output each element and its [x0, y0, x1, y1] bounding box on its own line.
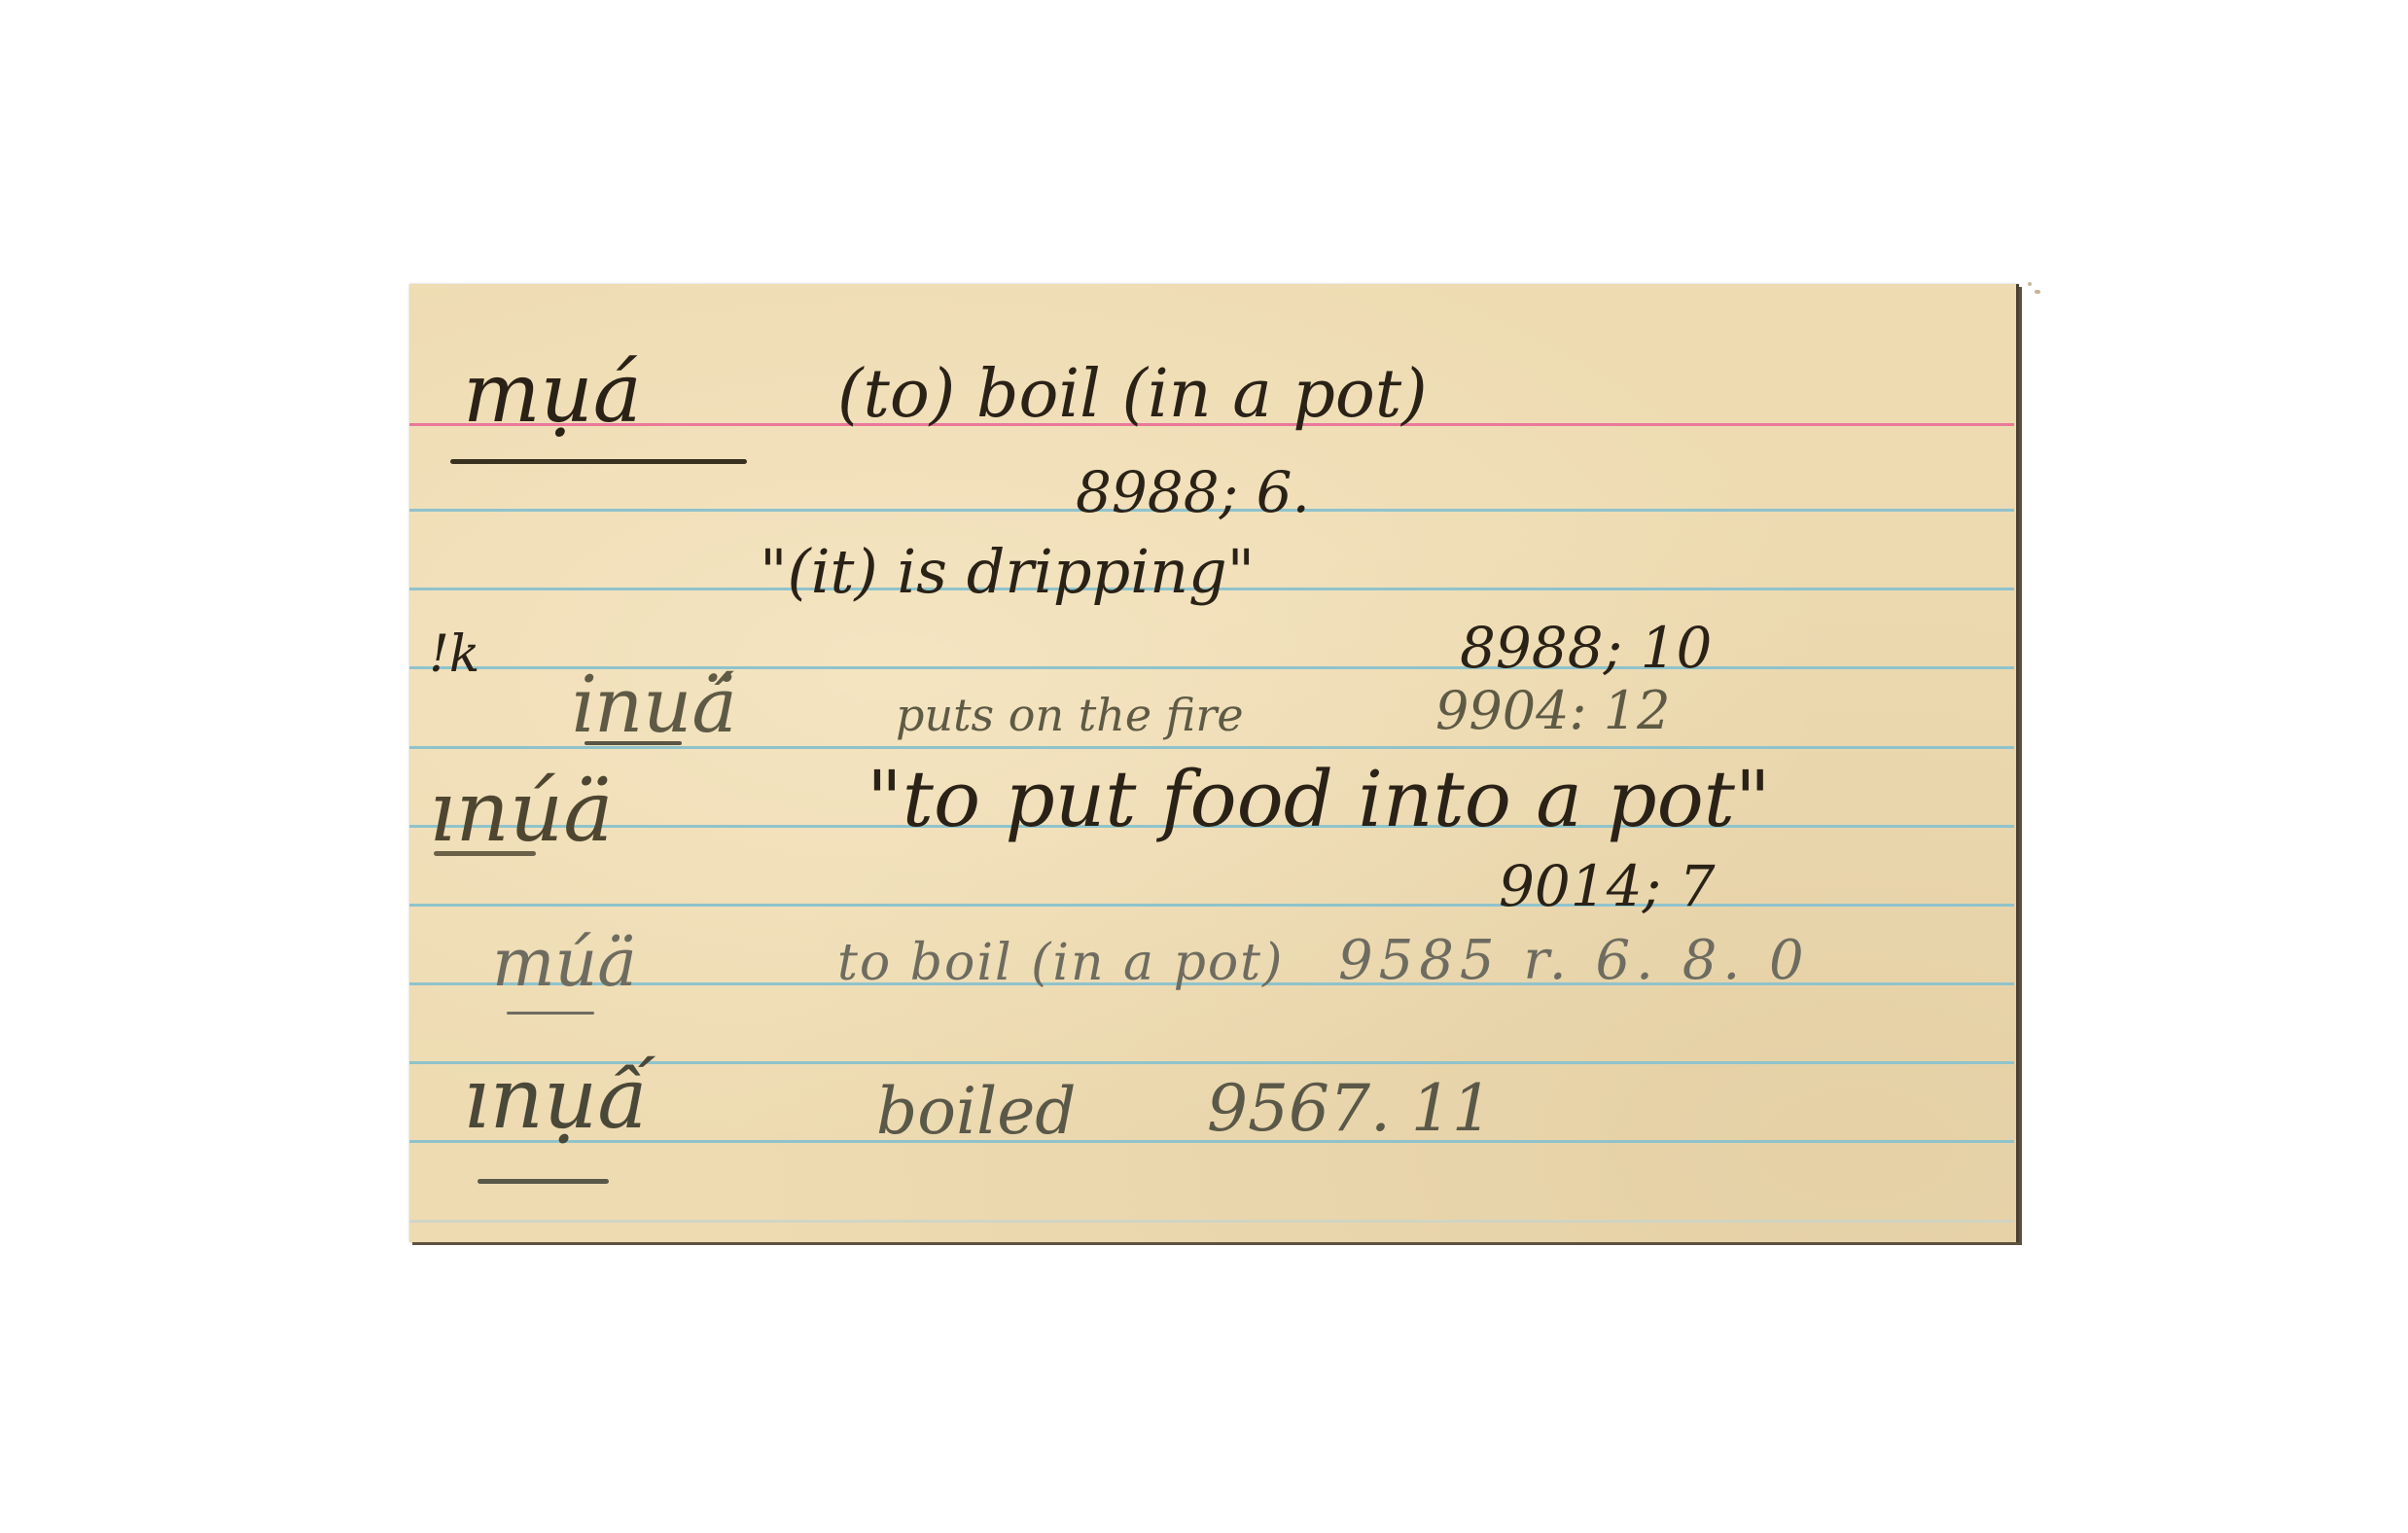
gloss-5: to boil (in a pot) [837, 938, 1284, 988]
gloss-2: "(it) is dripping" [760, 542, 1255, 602]
rule-line [409, 1061, 2014, 1064]
scan-speck [2028, 282, 2032, 286]
ref-1: 8988; 6. [1076, 464, 1310, 520]
scan-speck [2035, 290, 2040, 294]
headword-underline [507, 1012, 594, 1015]
ref-2: 8988; 10 [1460, 620, 1712, 676]
headword-underline [478, 1179, 609, 1184]
headword-3: ı̇nuä́ [570, 668, 737, 744]
headword-underline [434, 851, 536, 856]
ref-3: 9904: 12 [1435, 685, 1671, 737]
ref-4: 9014; 7 [1499, 858, 1715, 914]
headword-4: ınúä [429, 770, 614, 854]
gloss-3: puts on the fire [896, 693, 1244, 737]
headword-underline [584, 741, 682, 745]
gloss-6: boiled [876, 1080, 1077, 1144]
headword-1: mụá [463, 352, 642, 434]
index-card: mụá (to) boil (in a pot) 8988; 6. "(it) … [409, 284, 2019, 1242]
rule-line [409, 1220, 2014, 1223]
marker-k: !k [429, 629, 479, 680]
gloss-4: "to put food into a pot" [867, 761, 1771, 838]
ref-6: 9567. 11 [1207, 1077, 1493, 1141]
gloss-1: (to) boil (in a pot) [837, 362, 1428, 428]
ref-5: 9585 r. 6. 8. 0 [1338, 934, 1810, 988]
headword-underline [450, 459, 747, 464]
headword-6: ınụấ [463, 1057, 649, 1141]
headword-5: múä [492, 931, 637, 997]
rule-line [409, 904, 2014, 907]
